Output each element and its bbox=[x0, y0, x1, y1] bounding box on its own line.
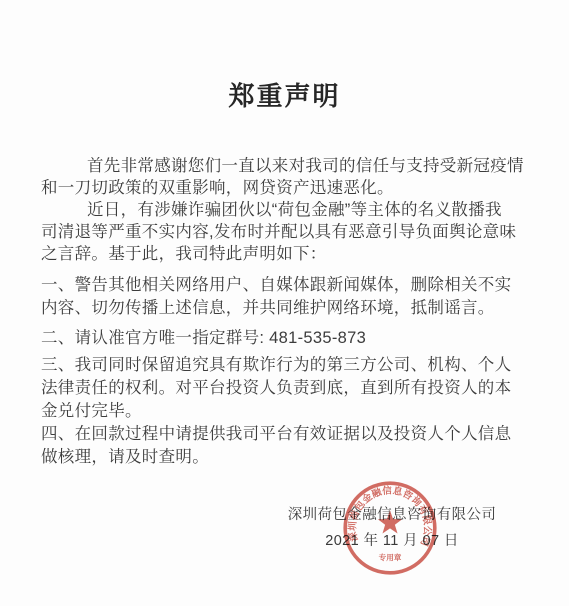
paragraph-line: 近日，有涉嫌诈骗团伙以“荷包金融”等主体的名义散播我 bbox=[41, 199, 531, 221]
paragraph-line: 之言辞。基于此，我司特此声明如下： bbox=[41, 243, 531, 265]
seal-star-icon bbox=[378, 510, 402, 533]
statement-item-4: 四、在回款过程中请提供我司平台有效证据以及投资人个人信息 做核理，请及时查明。 bbox=[41, 423, 531, 469]
item-line: 内容、切勿传播上述信息，并共同维护网络环境，抵制谣言。 bbox=[41, 297, 531, 320]
item-line: 二、请认准官方唯一指定群号: 481-535-873 bbox=[41, 327, 531, 350]
item-line: 做核理，请及时查明。 bbox=[41, 446, 531, 469]
item-line: 一、警告其他相关网络用户、自媒体跟新闻媒体，删除相关不实 bbox=[41, 274, 531, 297]
seal-bottom-text: 专用章 bbox=[379, 552, 402, 562]
statement-body: 首先非常感谢您们一直以来对我司的信任与支持受新冠疫情 和一刀切政策的双重影响，网… bbox=[41, 155, 531, 469]
page-title: 郑重声明 bbox=[0, 76, 569, 113]
seal-graphic: 深圳荷包金融信息咨询有限公司 专用章 bbox=[342, 480, 438, 576]
statement-item-1: 一、警告其他相关网络用户、自媒体跟新闻媒体，删除相关不实 内容、切勿传播上述信息… bbox=[41, 274, 531, 320]
statement-item-2: 二、请认准官方唯一指定群号: 481-535-873 bbox=[41, 327, 531, 350]
item-line: 四、在回款过程中请提供我司平台有效证据以及投资人个人信息 bbox=[41, 423, 531, 446]
paragraph-line: 司清退等严重不实内容,发布时并配以具有恶意引导负面舆论意味 bbox=[41, 221, 531, 243]
statement-item-3: 三、我司同时保留追究具有欺诈行为的第三方公司、机构、个人 法律责任的权利。对平台… bbox=[41, 354, 531, 423]
item-line: 法律责任的权利。对平台投资人负责到底，直到所有投资人的本 bbox=[41, 377, 531, 400]
statement-document: 郑重声明 首先非常感谢您们一直以来对我司的信任与支持受新冠疫情 和一刀切政策的双… bbox=[0, 0, 569, 606]
paragraph-line: 和一刀切政策的双重影响，网贷资产迅速恶化。 bbox=[41, 177, 531, 199]
item-line: 金兑付完毕。 bbox=[41, 400, 531, 423]
company-seal: 深圳荷包金融信息咨询有限公司 专用章 bbox=[342, 480, 438, 576]
paragraph-line: 首先非常感谢您们一直以来对我司的信任与支持受新冠疫情 bbox=[41, 155, 531, 177]
paragraph-intro: 首先非常感谢您们一直以来对我司的信任与支持受新冠疫情 和一刀切政策的双重影响，网… bbox=[41, 155, 531, 265]
item-line: 三、我司同时保留追究具有欺诈行为的第三方公司、机构、个人 bbox=[41, 354, 531, 377]
